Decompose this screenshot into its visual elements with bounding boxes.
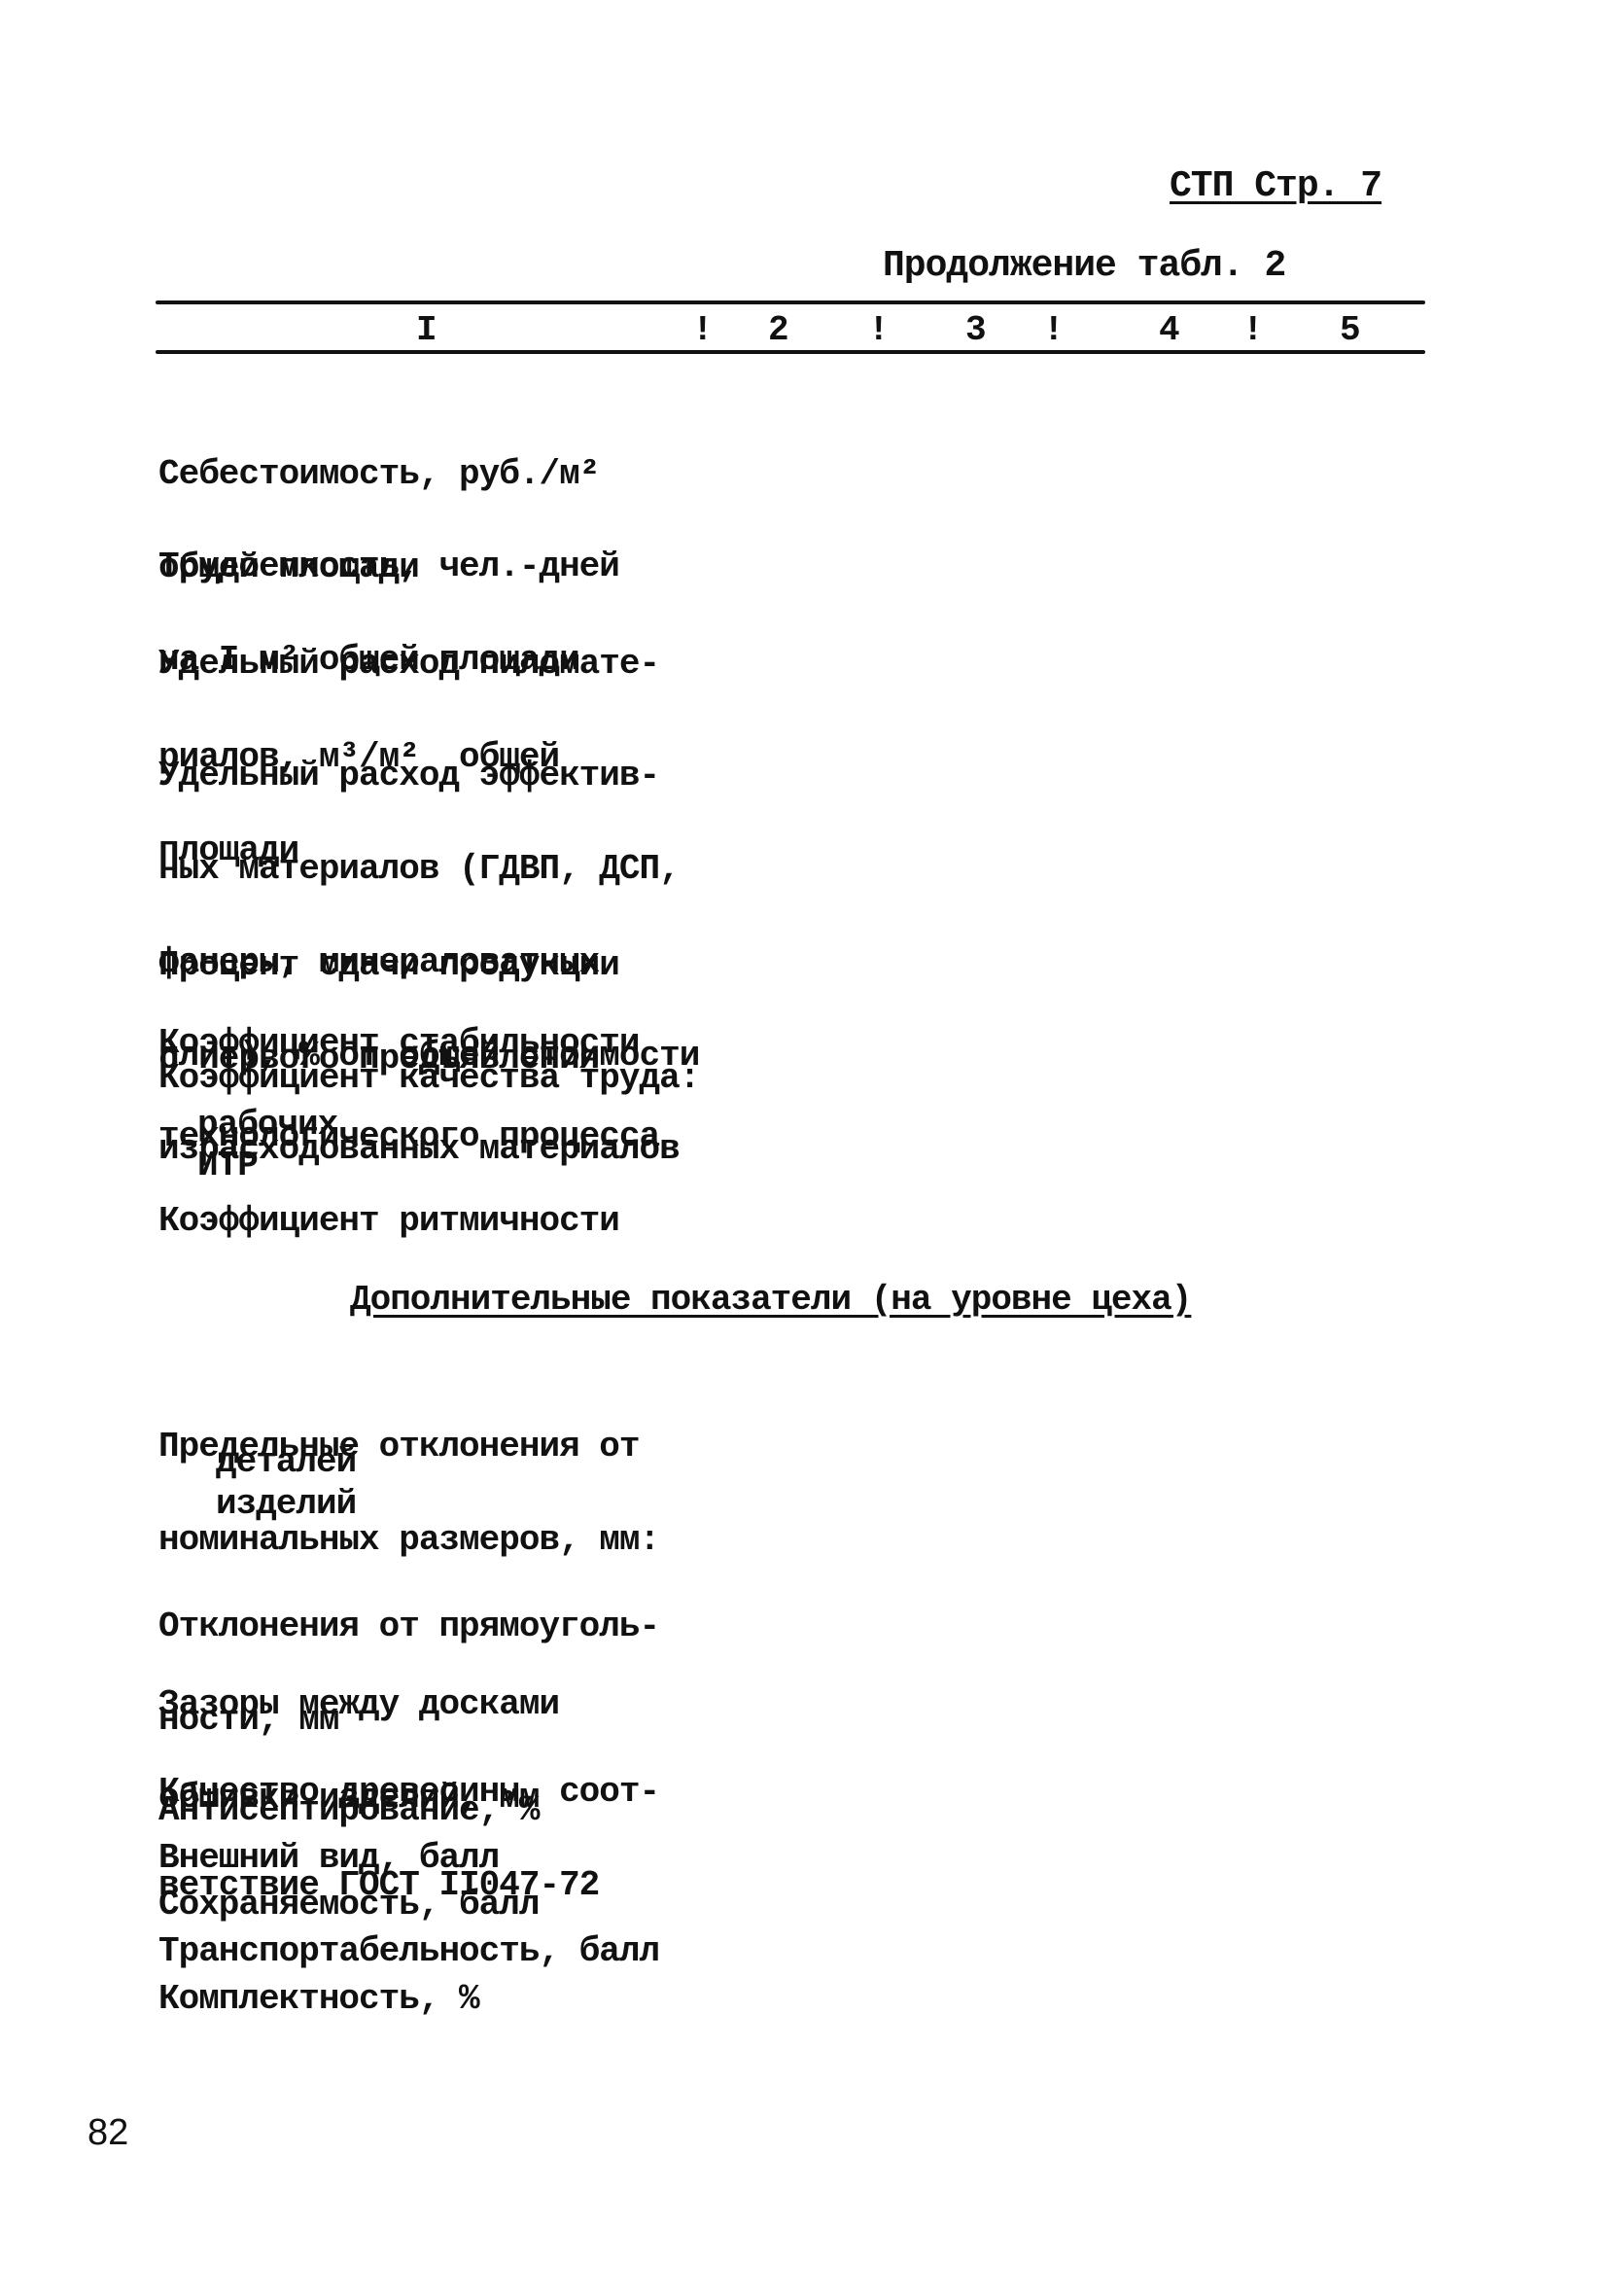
column-header-3: 3: [965, 311, 987, 350]
table-caption: Продолжение табл. 2: [883, 247, 1285, 286]
row-line: Удельный расход пиломате-: [158, 649, 659, 680]
table-top-rule: [156, 300, 1425, 304]
table-header-bottom-rule: [156, 350, 1425, 354]
row-preservation: Сохраняемость, балл: [158, 1890, 539, 1921]
section-title: Дополнительные показатели (на уровне цех…: [350, 1285, 1191, 1316]
row-completeness: Комплектность, %: [158, 1984, 479, 2015]
row-labor-quality-engineers: ИТР: [197, 1150, 258, 1182]
row-rhythm: Коэффициент ритмичности: [158, 1206, 619, 1237]
column-header-2: 2: [768, 311, 789, 350]
column-separator: !: [1242, 311, 1264, 350]
row-appearance: Внешний вид, балл: [158, 1843, 499, 1874]
column-header-5: 5: [1340, 311, 1361, 350]
column-separator: !: [868, 311, 890, 350]
row-line: Коэффициент стабильности: [158, 1028, 659, 1059]
column-separator: !: [1043, 311, 1065, 350]
row-line: ных материалов (ГДВП, ДСП,: [158, 854, 699, 885]
column-header-4: 4: [1159, 311, 1180, 350]
document-reference: СТП Стр. 7: [1170, 167, 1381, 206]
row-limit-deviations-parts: деталей: [216, 1447, 356, 1478]
row-line: Себестоимость, руб./м²: [158, 459, 599, 490]
row-limit-deviations-products: изделий: [216, 1489, 356, 1520]
row-transportability: Транспортабельность, балл: [158, 1936, 659, 1967]
page-number: 82: [87, 2112, 128, 2154]
row-antiseptic: Антисептирование, %: [158, 1795, 539, 1826]
column-header-1: I: [416, 311, 437, 350]
row-labor-quality-workers: рабочих: [197, 1110, 337, 1141]
row-line: Трудоемкость, чел.-дней: [158, 551, 619, 583]
row-labor-quality: Коэффициент качества труда:: [158, 1063, 699, 1094]
column-separator: !: [692, 311, 714, 350]
row-line: Удельный расход эффектив-: [158, 760, 699, 792]
